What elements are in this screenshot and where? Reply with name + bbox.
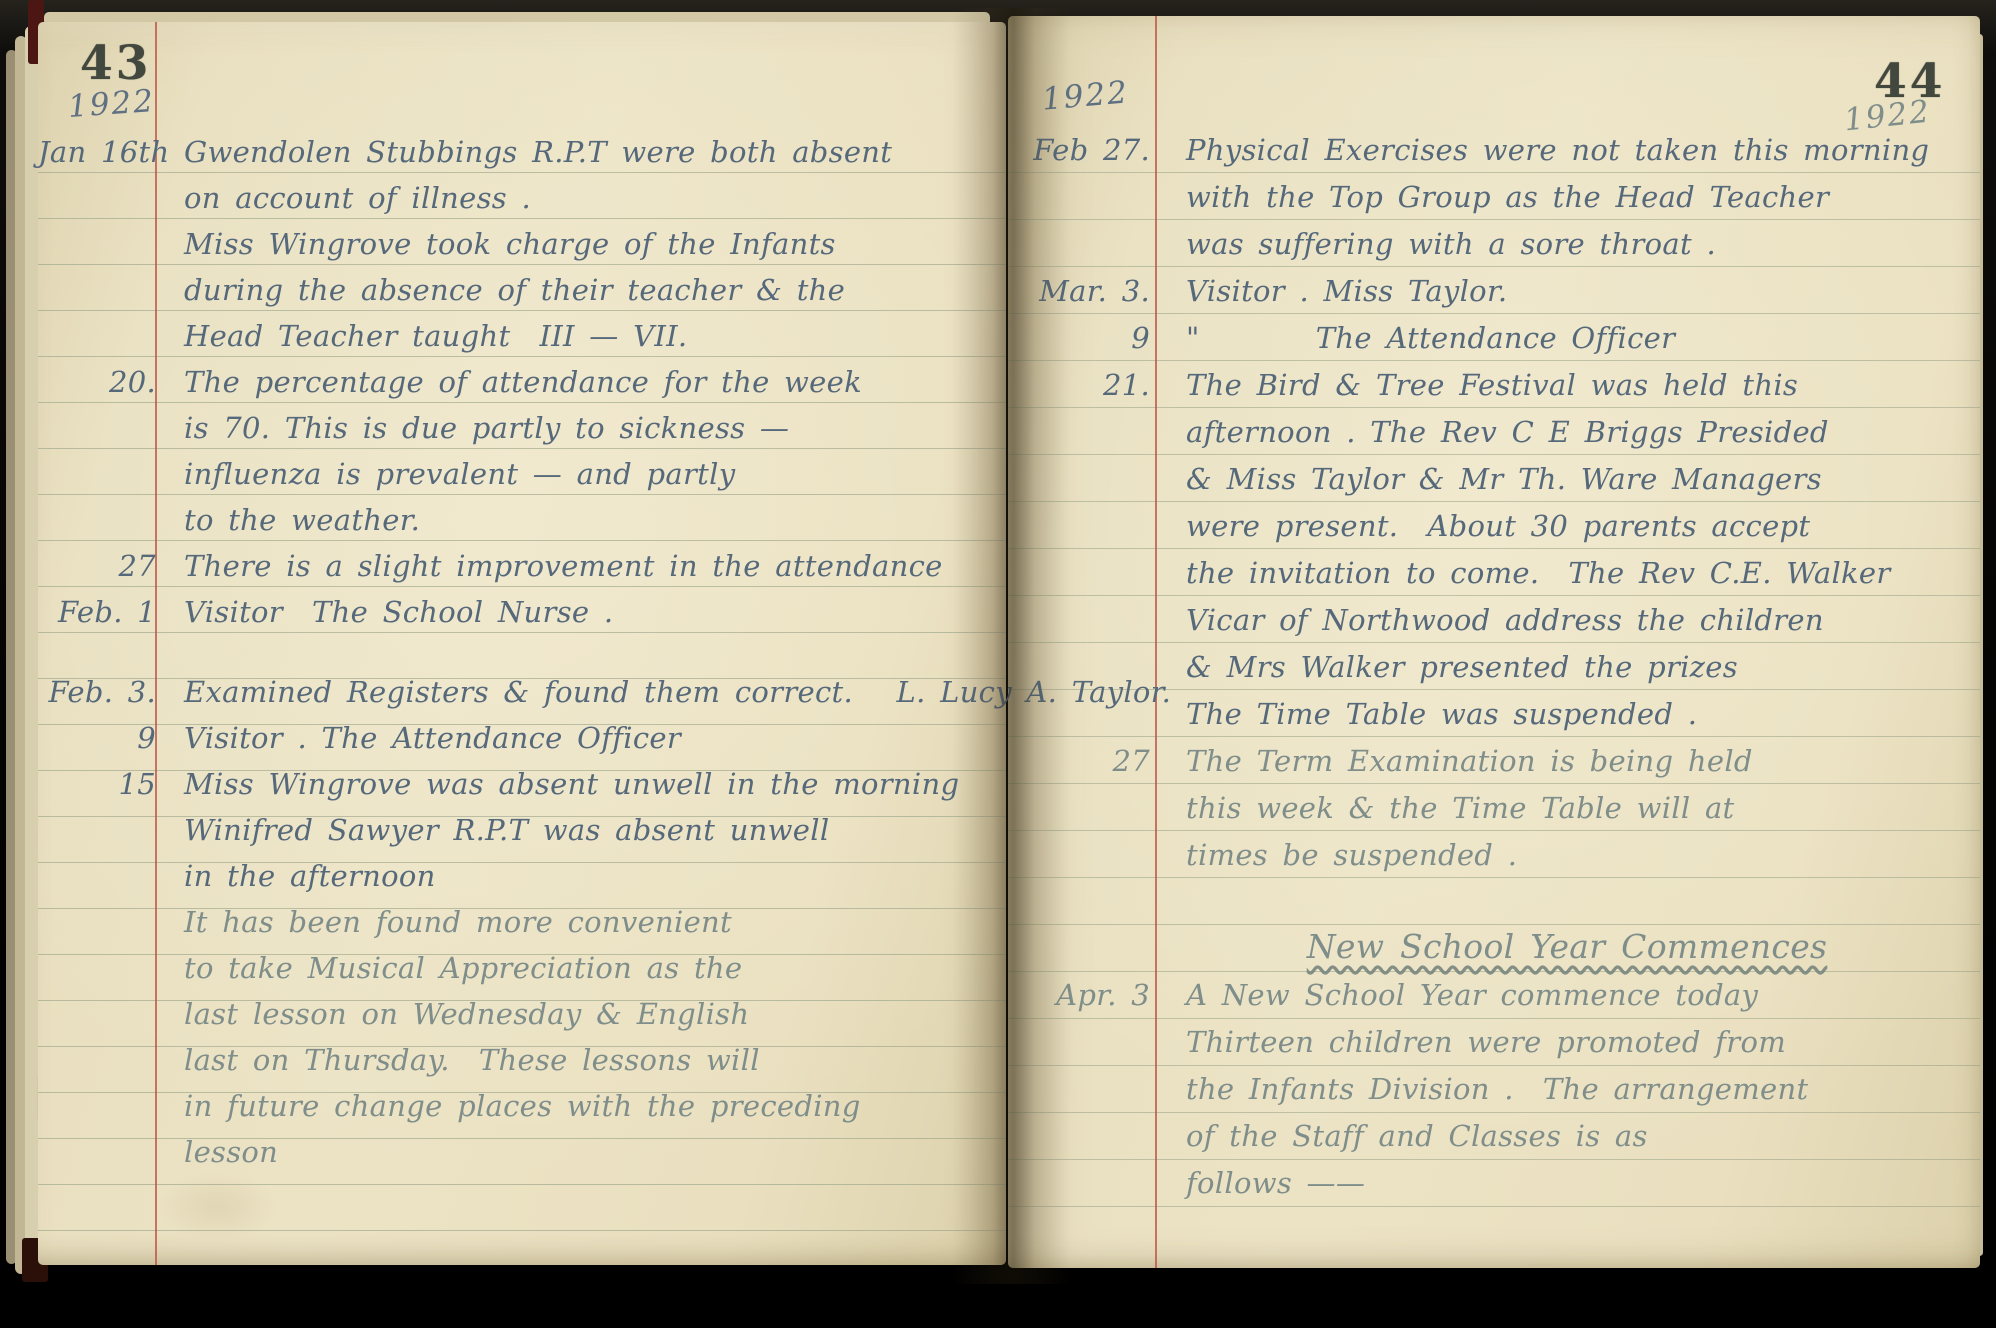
entry-date: 21. [1008,371,1160,403]
log-row: lesson [38,1124,1000,1170]
entry-text: Head Teacher taught III — VII. [160,322,1000,354]
entry-date: 15 [38,770,160,802]
log-row: was suffering with a sore throat . [1008,215,1974,262]
entry-date [38,535,160,538]
log-row: this week & the Time Table will at [1008,779,1974,826]
entry-date [38,661,160,664]
log-row: of the Staff and Classes is as [1008,1107,1974,1154]
log-row: to take Musical Appreciation as the [38,940,1000,986]
entry-date [38,937,160,940]
log-row: Vicar of Northwood address the children [1008,591,1974,638]
entry-text: to take Musical Appreciation as the [160,954,1000,986]
entry-text: & Mrs Walker presented the prizes [1160,653,1974,685]
entry-text: this week & the Time Table will at [1160,794,1974,826]
entry-date [38,1167,160,1170]
log-entries: Feb 27.Physical Exercises were not taken… [1008,121,1974,1201]
paper-stain [158,1172,278,1242]
entry-date [38,1121,160,1124]
entry-text: in future change places with the precedi… [160,1092,1000,1124]
log-row: 27There is a slight improvement in the a… [38,538,1000,584]
logbook-photo: 43 1922 Jan 16thGwendolen Stubbings R.P.… [0,0,1996,1328]
entry-text: The Term Examination is being held [1160,747,1974,779]
log-row: Feb 27.Physical Exercises were not taken… [1008,121,1974,168]
entry-date: Apr. 3 [1008,981,1160,1013]
entry-text: The Time Table was suspended . [1160,700,1974,732]
log-row: in the afternoon [38,848,1000,894]
entry-date: 27 [38,552,160,584]
entry-text: times be suspended . [1160,841,1974,873]
section-heading-row: New School Year Commences [1008,919,1974,966]
log-row: Miss Wingrove took charge of the Infants [38,216,1000,262]
entry-date: Feb. 1 [38,598,160,630]
log-row: 15Miss Wingrove was absent unwell in the… [38,756,1000,802]
log-row: to the weather. [38,492,1000,538]
log-row: 9" The Attendance Officer [1008,309,1974,356]
entry-date [38,845,160,848]
log-row: the Infants Division . The arrangement [1008,1060,1974,1107]
log-entries: Jan 16thGwendolen Stubbings R.P.T were b… [38,124,1000,1170]
entry-text: influenza is prevalent — and partly [160,460,1000,492]
year-annotation: 1922 [1041,74,1131,117]
log-row: is 70. This is due partly to sickness — [38,400,1000,446]
entry-text [160,661,1000,664]
entry-text: lesson [160,1138,1000,1170]
entry-date [38,305,160,308]
log-row: Thirteen children were promoted from [1008,1013,1974,1060]
entry-date [1008,212,1160,215]
entry-text: were present. About 30 parents accept [1160,512,1974,544]
entry-date [1008,870,1160,873]
entry-text: was suffering with a sore throat . [1160,230,1974,262]
entry-date [1008,541,1160,544]
entry-text: A New School Year commence today [1160,981,1974,1013]
entry-text: The Bird & Tree Festival was held this [1160,371,1974,403]
log-row: Jan 16thGwendolen Stubbings R.P.T were b… [38,124,1000,170]
entry-text: in the afternoon [160,862,1000,894]
log-row: Winifred Sawyer R.P.T was absent unwell [38,802,1000,848]
left-page: 43 1922 Jan 16thGwendolen Stubbings R.P.… [38,22,1006,1265]
log-row: 27The Term Examination is being held [1008,732,1974,779]
entry-text: Winifred Sawyer R.P.T was absent unwell [160,816,1000,848]
entry-text [1160,916,1974,919]
log-row: Apr. 3A New School Year commence today [1008,966,1974,1013]
entry-text: There is a slight improvement in the att… [160,552,1000,584]
log-row: The Time Table was suspended . [1008,685,1974,732]
entry-date [1008,1151,1160,1154]
entry-date: Feb 27. [1008,136,1160,168]
entry-text: the Infants Division . The arrangement [1160,1075,1974,1107]
log-row: were present. About 30 parents accept [1008,497,1974,544]
entry-text: It has been found more convenient [160,908,1000,940]
entry-date [1008,1198,1160,1201]
entry-date: Feb. 3. [38,678,160,710]
entry-date [1008,494,1160,497]
log-row: & Miss Taylor & Mr Th. Ware Managers [1008,450,1974,497]
entry-text: with the Top Group as the Head Teacher [1160,183,1974,215]
log-row: follows —— [1008,1154,1974,1201]
entry-date: 9 [1008,324,1160,356]
entry-text: Visitor The School Nurse . [160,598,1000,630]
log-row: Head Teacher taught III — VII. [38,308,1000,354]
entry-date [1008,916,1160,919]
log-row: in future change places with the precedi… [38,1078,1000,1124]
log-row: afternoon . The Rev C E Briggs Presided [1008,403,1974,450]
log-row: last lesson on Wednesday & English [38,986,1000,1032]
entry-text: " The Attendance Officer [1160,324,1974,356]
entry-text: during the absence of their teacher & th… [160,276,1000,308]
log-row: influenza is prevalent — and partly [38,446,1000,492]
log-row: 20.The percentage of attendance for the … [38,354,1000,400]
entry-date: Jan 16th [38,138,160,170]
right-page: 44 1922 1922 Feb 27.Physical Exercises w… [1008,16,1980,1268]
entry-date [38,1075,160,1078]
year-annotation: 1922 [67,83,156,125]
log-row: during the absence of their teacher & th… [38,262,1000,308]
entry-date: Mar. 3. [1008,277,1160,309]
entry-text: the invitation to come. The Rev C.E. Wal… [1160,559,1974,591]
log-row: It has been found more convenient [38,894,1000,940]
entry-date [1008,729,1160,732]
log-row: Feb. 1Visitor The School Nurse . [38,584,1000,630]
blank-row [38,630,1000,664]
entry-date [38,443,160,446]
entry-date [38,259,160,262]
entry-date: 20. [38,368,160,400]
log-row: the invitation to come. The Rev C.E. Wal… [1008,544,1974,591]
log-row: times be suspended . [1008,826,1974,873]
log-row: 21.The Bird & Tree Festival was held thi… [1008,356,1974,403]
entry-text: last on Thursday. These lessons will [160,1046,1000,1078]
entry-text: is 70. This is due partly to sickness — [160,414,1000,446]
entry-text: & Miss Taylor & Mr Th. Ware Managers [1160,465,1974,497]
entry-date [1008,823,1160,826]
entry-date [38,213,160,216]
entry-date [1008,1104,1160,1107]
entry-date: 9 [38,724,160,756]
entry-text: Physical Exercises were not taken this m… [1160,136,1974,168]
log-row: & Mrs Walker presented the prizes [1008,638,1974,685]
entry-text: Vicar of Northwood address the children [1160,606,1974,638]
entry-date [38,891,160,894]
section-heading: New School Year Commences [1160,930,1974,966]
entry-date [1008,259,1160,262]
entry-date [1008,1057,1160,1060]
log-row: Mar. 3.Visitor . Miss Taylor. [1008,262,1974,309]
entry-text: last lesson on Wednesday & English [160,1000,1000,1032]
entry-date [38,983,160,986]
entry-date [1008,588,1160,591]
blank-row [1008,873,1974,919]
entry-text: Miss Wingrove was absent unwell in the m… [160,770,1000,802]
log-row: on account of illness . [38,170,1000,216]
log-row: 9Visitor . The Attendance Officer [38,710,1000,756]
entry-text: of the Staff and Classes is as [1160,1122,1974,1154]
entry-date [1008,447,1160,450]
entry-text: Gwendolen Stubbings R.P.T were both abse… [160,138,1000,170]
entry-text: follows —— [1160,1169,1974,1201]
log-row: last on Thursday. These lessons will [38,1032,1000,1078]
log-row: with the Top Group as the Head Teacher [1008,168,1974,215]
log-row: Feb. 3.Examined Registers & found them c… [38,664,1000,710]
entry-date [38,351,160,354]
entry-text: The percentage of attendance for the wee… [160,368,1000,400]
entry-date [1008,635,1160,638]
entry-date [1008,963,1160,966]
entry-text: on account of illness . [160,184,1000,216]
entry-date [38,1029,160,1032]
entry-text: to the weather. [160,506,1000,538]
entry-text: Visitor . The Attendance Officer [160,724,1000,756]
entry-text: Thirteen children were promoted from [1160,1028,1974,1060]
entry-date [38,489,160,492]
entry-date: 27 [1008,747,1160,779]
entry-text: Visitor . Miss Taylor. [1160,277,1974,309]
entry-text: Miss Wingrove took charge of the Infants [160,230,1000,262]
entry-date [1008,682,1160,685]
entry-text: afternoon . The Rev C E Briggs Presided [1160,418,1974,450]
page-number: 43 [80,36,151,91]
